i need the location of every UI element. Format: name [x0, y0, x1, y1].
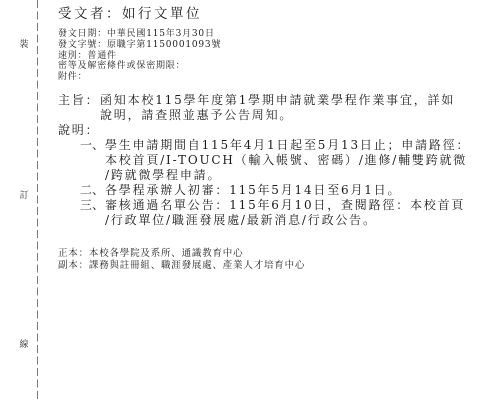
- binding-fold-dashed-line: [37, 0, 38, 400]
- subject-label: 主旨：: [58, 93, 100, 108]
- duplicate-copy-line: 副本：課務與註冊組、職涯發展處、產業人才培育中心: [58, 260, 478, 273]
- recipient-line: 受文者：如行文單位: [58, 2, 478, 22]
- meta-issue-date: 發文日期：中華民國115年3月30日: [58, 29, 478, 40]
- item-line: 各學程承辦人初審：115年5月14日至6月1日。: [105, 183, 401, 198]
- original-copy-line: 正本：本校各學院及系所、通識教育中心: [58, 248, 478, 261]
- item-number: 一、: [80, 138, 105, 153]
- item-line: 本校首頁/I-TOUCH（輸入帳號、密碼）/進修/輔雙跨就微: [105, 153, 470, 168]
- official-document-page: 裝 訂 線 受文者：如行文單位 發文日期：中華民國115年3月30日 發文字號：…: [0, 0, 495, 400]
- item-text: 各學程承辦人初審：115年5月14日至6月1日。: [105, 183, 401, 198]
- item-number: 三、: [80, 198, 105, 213]
- subject-text: 函知本校115學年度第1學期申請就業學程作業事宜，詳如 說明，請查照並惠予公告周…: [100, 93, 455, 123]
- subject-line: 函知本校115學年度第1學期申請就業學程作業事宜，詳如: [100, 93, 455, 108]
- meta-doc-number: 發文字號：原職字第1150001093號: [58, 40, 478, 51]
- meta-speed-class: 速別：普通件: [58, 51, 478, 62]
- binding-mark-xian: 線: [15, 340, 33, 350]
- explanation-item-3: 三、 審核通過名單公告：115年6月10日，查閱路徑：本校首頁 /行政單位/職涯…: [58, 198, 478, 228]
- explanation-item-1: 一、 學生申請期間自115年4月1日起至5月13日止；申請路徑： 本校首頁/I-…: [58, 138, 478, 183]
- binding-mark-zhuang: 裝: [15, 40, 33, 50]
- item-line: /跨就微學程申請。: [105, 168, 470, 183]
- meta-attachment: 附件：: [58, 72, 478, 83]
- binding-mark-ding: 訂: [15, 191, 33, 201]
- item-line: 學生申請期間自115年4月1日起至5月13日止；申請路徑：: [105, 138, 470, 153]
- item-line: 審核通過名單公告：115年6月10日，查閱路徑：本校首頁: [105, 198, 465, 213]
- document-meta-block: 發文日期：中華民國115年3月30日 發文字號：原職字第1150001093號 …: [58, 29, 478, 83]
- subject-line: 說明，請查照並惠予公告周知。: [100, 108, 455, 123]
- meta-security-class: 密等及解密條件或保密期限：: [58, 61, 478, 72]
- item-line: /行政單位/職涯發展處/最新消息/行政公告。: [105, 213, 465, 228]
- explanation-label: 說明：: [58, 123, 478, 138]
- explanation-item-2: 二、 各學程承辦人初審：115年5月14日至6月1日。: [58, 183, 478, 198]
- item-text: 學生申請期間自115年4月1日起至5月13日止；申請路徑： 本校首頁/I-TOU…: [105, 138, 470, 183]
- document-body: 主旨： 函知本校115學年度第1學期申請就業學程作業事宜，詳如 說明，請查照並惠…: [58, 93, 478, 228]
- subject-block: 主旨： 函知本校115學年度第1學期申請就業學程作業事宜，詳如 說明，請查照並惠…: [58, 93, 478, 123]
- copies-block: 正本：本校各學院及系所、通識教育中心 副本：課務與註冊組、職涯發展處、產業人才培…: [58, 248, 478, 273]
- item-number: 二、: [80, 183, 105, 198]
- item-text: 審核通過名單公告：115年6月10日，查閱路徑：本校首頁 /行政單位/職涯發展處…: [105, 198, 465, 228]
- document-content: 受文者：如行文單位 發文日期：中華民國115年3月30日 發文字號：原職字第11…: [58, 2, 478, 273]
